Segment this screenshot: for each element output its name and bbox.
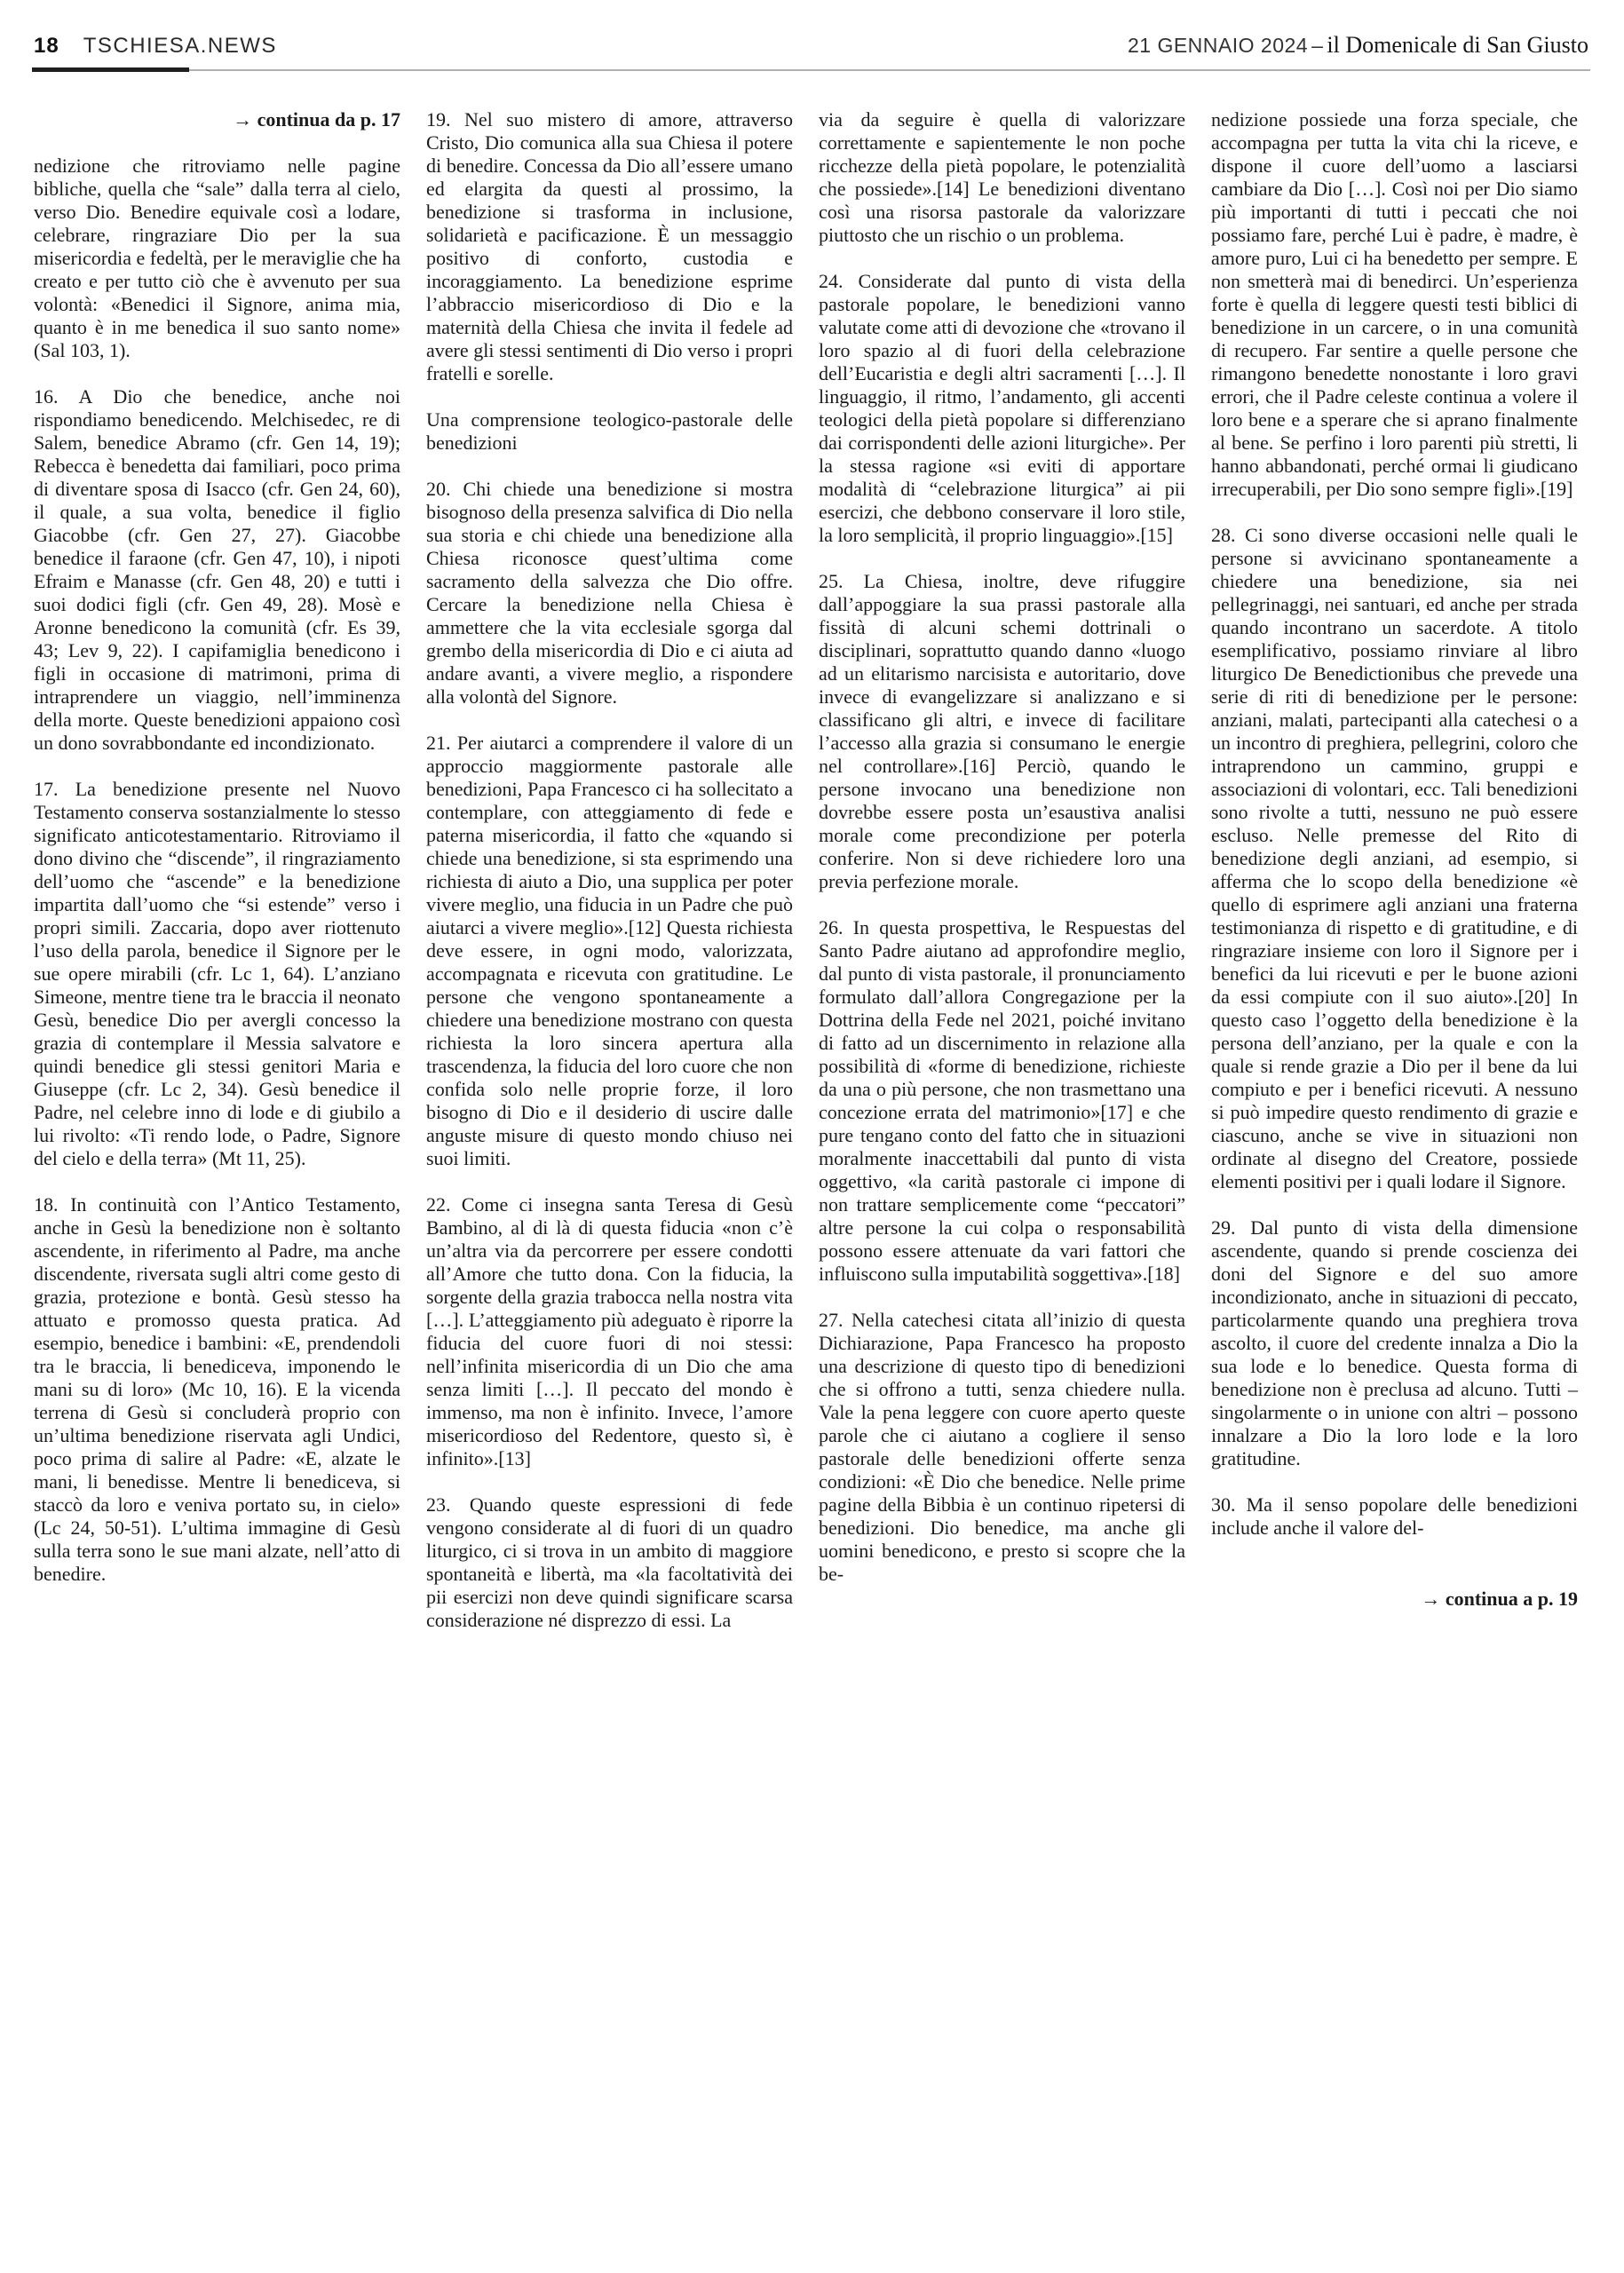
header-rule-dark-segment (32, 67, 189, 72)
paragraph: 18. In continuità con l’Antico Testament… (34, 1193, 400, 1586)
page-header: 18 TSCHIESA.NEWS 21 GENNAIO 2024 – il Do… (0, 0, 1624, 59)
column-3: via da seguire è quella di valorizzare c… (819, 108, 1185, 1655)
column-2: 19. Nel suo mistero di amore, attraverso… (426, 108, 793, 1655)
continuation-from-marker: → continua da p. 17 (34, 108, 400, 131)
page-number: 18 (34, 34, 59, 59)
paragraph: 24. Considerate dal punto di vista della… (819, 270, 1185, 547)
section-subhead: Una comprensione teologico-pastorale del… (426, 408, 793, 455)
paragraph: 16. A Dio che benedice, anche noi rispon… (34, 385, 400, 755)
article-body: → continua da p. 17nedizione che ritrovi… (0, 71, 1624, 1655)
paragraph: 20. Chi chiede una benedizione si mostra… (426, 478, 793, 709)
masthead-brand: TSCHIESA.NEWS (83, 34, 277, 59)
paragraph: 19. Nel suo mistero di amore, attraverso… (426, 108, 793, 385)
paragraph: 17. La benedizione presente nel Nuovo Te… (34, 778, 400, 1170)
newspaper-page: 18 TSCHIESA.NEWS 21 GENNAIO 2024 – il Do… (0, 0, 1624, 2273)
header-rule (32, 69, 1590, 71)
paragraph: nedizione che ritroviamo nelle pagine bi… (34, 154, 400, 362)
paragraph: 30. Ma il senso popolare delle benedizio… (1211, 1493, 1578, 1540)
paragraph: 27. Nella catechesi citata all’inizio di… (819, 1309, 1185, 1586)
column-4: nedizione possiede una forza speciale, c… (1211, 108, 1578, 1655)
column-1: → continua da p. 17nedizione che ritrovi… (34, 108, 400, 1655)
paragraph: 21. Per aiutarci a comprendere il valore… (426, 732, 793, 1170)
paragraph: 22. Come ci insegna santa Teresa di Gesù… (426, 1193, 793, 1470)
paragraph: nedizione possiede una forza speciale, c… (1211, 108, 1578, 501)
paragraph: 25. La Chiesa, inoltre, deve rifuggire d… (819, 570, 1185, 893)
continuation-to-marker: → continua a p. 19 (1211, 1588, 1578, 1611)
issue-date: 21 GENNAIO 2024 (1128, 34, 1308, 57)
paragraph: 23. Quando queste espressioni di fede ve… (426, 1493, 793, 1632)
header-separator: – (1311, 34, 1323, 57)
paragraph: 26. In questa prospettiva, le Respuestas… (819, 916, 1185, 1286)
paragraph: 29. Dal punto di vista della dimensione … (1211, 1216, 1578, 1470)
publication-title: il Domenicale di San Giusto (1327, 32, 1588, 58)
paragraph: via da seguire è quella di valorizzare c… (819, 108, 1185, 247)
paragraph: 28. Ci sono diverse occasioni nelle qual… (1211, 524, 1578, 1193)
header-right: 21 GENNAIO 2024 – il Domenicale di San G… (1128, 32, 1588, 59)
header-left: 18 TSCHIESA.NEWS (34, 34, 277, 59)
